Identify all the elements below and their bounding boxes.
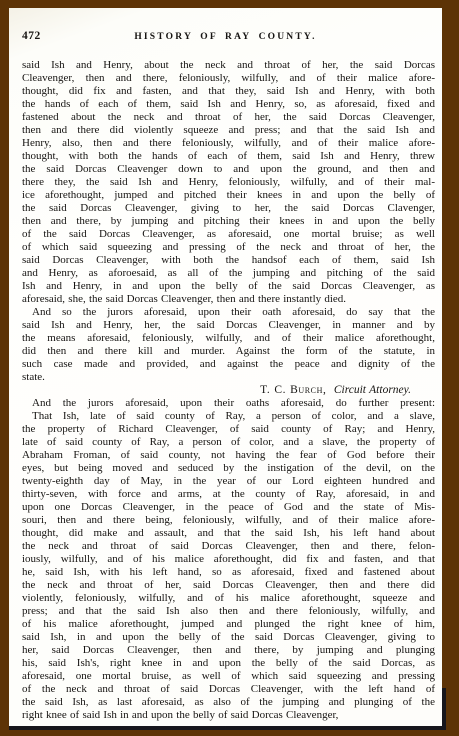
text-line: And the jurors aforesaid, upon their oat… <box>22 397 435 410</box>
text-line: his, said Ish's, right knee in and upon … <box>22 657 435 670</box>
attorney-title: Circuit Attorney. <box>334 384 411 396</box>
text-line: thought, did make and assault, and that … <box>22 527 435 540</box>
paragraph-indictment-continuation: said Ish and Henry, about the neck and t… <box>22 59 435 306</box>
text-line: upon one Dorcas Cleavenger, in the peace… <box>22 501 435 514</box>
text-line: the said Dorcas Cleavenger, giving to he… <box>22 202 435 215</box>
text-line: said Ish and Henry, about the neck and t… <box>22 59 435 72</box>
text-line: right knee of said Ish in and upon the b… <box>22 709 435 722</box>
text-line: aforesaid, one mortal bruise, as well of… <box>22 670 435 683</box>
text-line: thought, with both the hands of each of … <box>22 150 435 163</box>
text-line: such case made and provided, and against… <box>22 358 435 371</box>
text-line: did then and there kill and murder. Agai… <box>22 345 435 358</box>
text-line: of which said squeezing and pressing of … <box>22 241 435 254</box>
text-line: aforesaid, she, the said Dorcas Cleaveng… <box>22 293 435 306</box>
text-line: the neck and throat of said Dorcas Cleav… <box>22 540 435 553</box>
page-header: 472 HISTORY OF RAY COUNTY. <box>9 30 442 44</box>
text-line: press; and that the said Ish also then a… <box>22 605 435 618</box>
running-title: HISTORY OF RAY COUNTY. <box>9 30 442 42</box>
text-line: of the said Dorcas Cleavenger, as afores… <box>22 228 435 241</box>
text-line: of his malice aforethought, jumped and p… <box>22 618 435 631</box>
paragraph-jurors-verdict: And so the jurors aforesaid, upon their … <box>22 306 435 384</box>
text-line: eyes, but being moved and seduced by the… <box>22 462 435 475</box>
text-line: her, said Dorcas Cleavenger, then and th… <box>22 644 435 657</box>
text-line: thought, did fix and fasten, and that th… <box>22 85 435 98</box>
text-line: the neck and throat of her, said Dorcas … <box>22 579 435 592</box>
text-line: the hands of each of them, said Ish and … <box>22 98 435 111</box>
text-line: souri, then and there being, feloniously… <box>22 514 435 527</box>
text-line: and Henry, as aforoesaid, as all of the … <box>22 267 435 280</box>
text-line: iously, wilfully, and of his malice afor… <box>22 553 435 566</box>
text-line: the said Ish, as last aforesaid, as also… <box>22 696 435 709</box>
signature-line: T. C. Burch, Circuit Attorney. <box>22 384 435 397</box>
text-line: That Ish, late of said county of Ray, a … <box>22 410 435 423</box>
text-line: Abraham Froman, of said county, not havi… <box>22 449 435 462</box>
text-line: the said Dorcas Cleavenger down to and u… <box>22 163 435 176</box>
text-line: he, said Ish, with his left hand, so as … <box>22 566 435 579</box>
text-line: Cleavenger, then and there, feloniously,… <box>22 72 435 85</box>
text-line: ice aforethought, jumped and pitched the… <box>22 189 435 202</box>
text-line: the means aforesaid, feloniously, wilful… <box>22 332 435 345</box>
text-line: then and there, by jumping and pitching … <box>22 215 435 228</box>
attorney-name: T. C. Burch, <box>260 384 326 396</box>
text-line: Ish and Henry, in and upon the belly of … <box>22 280 435 293</box>
page-edge-shadow-bottom <box>9 726 442 730</box>
page-number: 472 <box>22 30 41 42</box>
scanned-page: 472 HISTORY OF RAY COUNTY. said Ish and … <box>9 8 442 726</box>
text-line: of the neck and throat of said Dorcas Cl… <box>22 683 435 696</box>
text-line: violently, feloniously, wilfully, and of… <box>22 592 435 605</box>
text-line: said Dorcas Cleavenger, with both the ha… <box>22 254 435 267</box>
paragraph-further-present: And the jurors aforesaid, upon their oat… <box>22 397 435 410</box>
text-line: then and there did violently squeeze and… <box>22 124 435 137</box>
text-line: the property of Richard Cleavenger, of s… <box>22 423 435 436</box>
text-line: thirty-seven, with force and arms, at th… <box>22 488 435 501</box>
text-line: twenty-eighth day of May, in the year of… <box>22 475 435 488</box>
page-edge-shadow-right <box>442 688 446 730</box>
text-line: there they, the said Ish and Henry, felo… <box>22 176 435 189</box>
text-line: And so the jurors aforesaid, upon their … <box>22 306 435 319</box>
text-line: said Ish and Henry, her, the said Dorcas… <box>22 319 435 332</box>
text-line: Henry, also, then and there feloniously,… <box>22 137 435 150</box>
text-line: fastened about the neck and throat of he… <box>22 111 435 124</box>
paragraph-second-count: That Ish, late of said county of Ray, a … <box>22 410 435 722</box>
page-body: said Ish and Henry, about the neck and t… <box>22 59 435 722</box>
text-line: state. <box>22 371 435 384</box>
text-line: said Ish, in and upon the belly of the s… <box>22 631 435 644</box>
book-cover-border: 472 HISTORY OF RAY COUNTY. said Ish and … <box>0 0 459 736</box>
text-line: late of said county of Ray, a person of … <box>22 436 435 449</box>
